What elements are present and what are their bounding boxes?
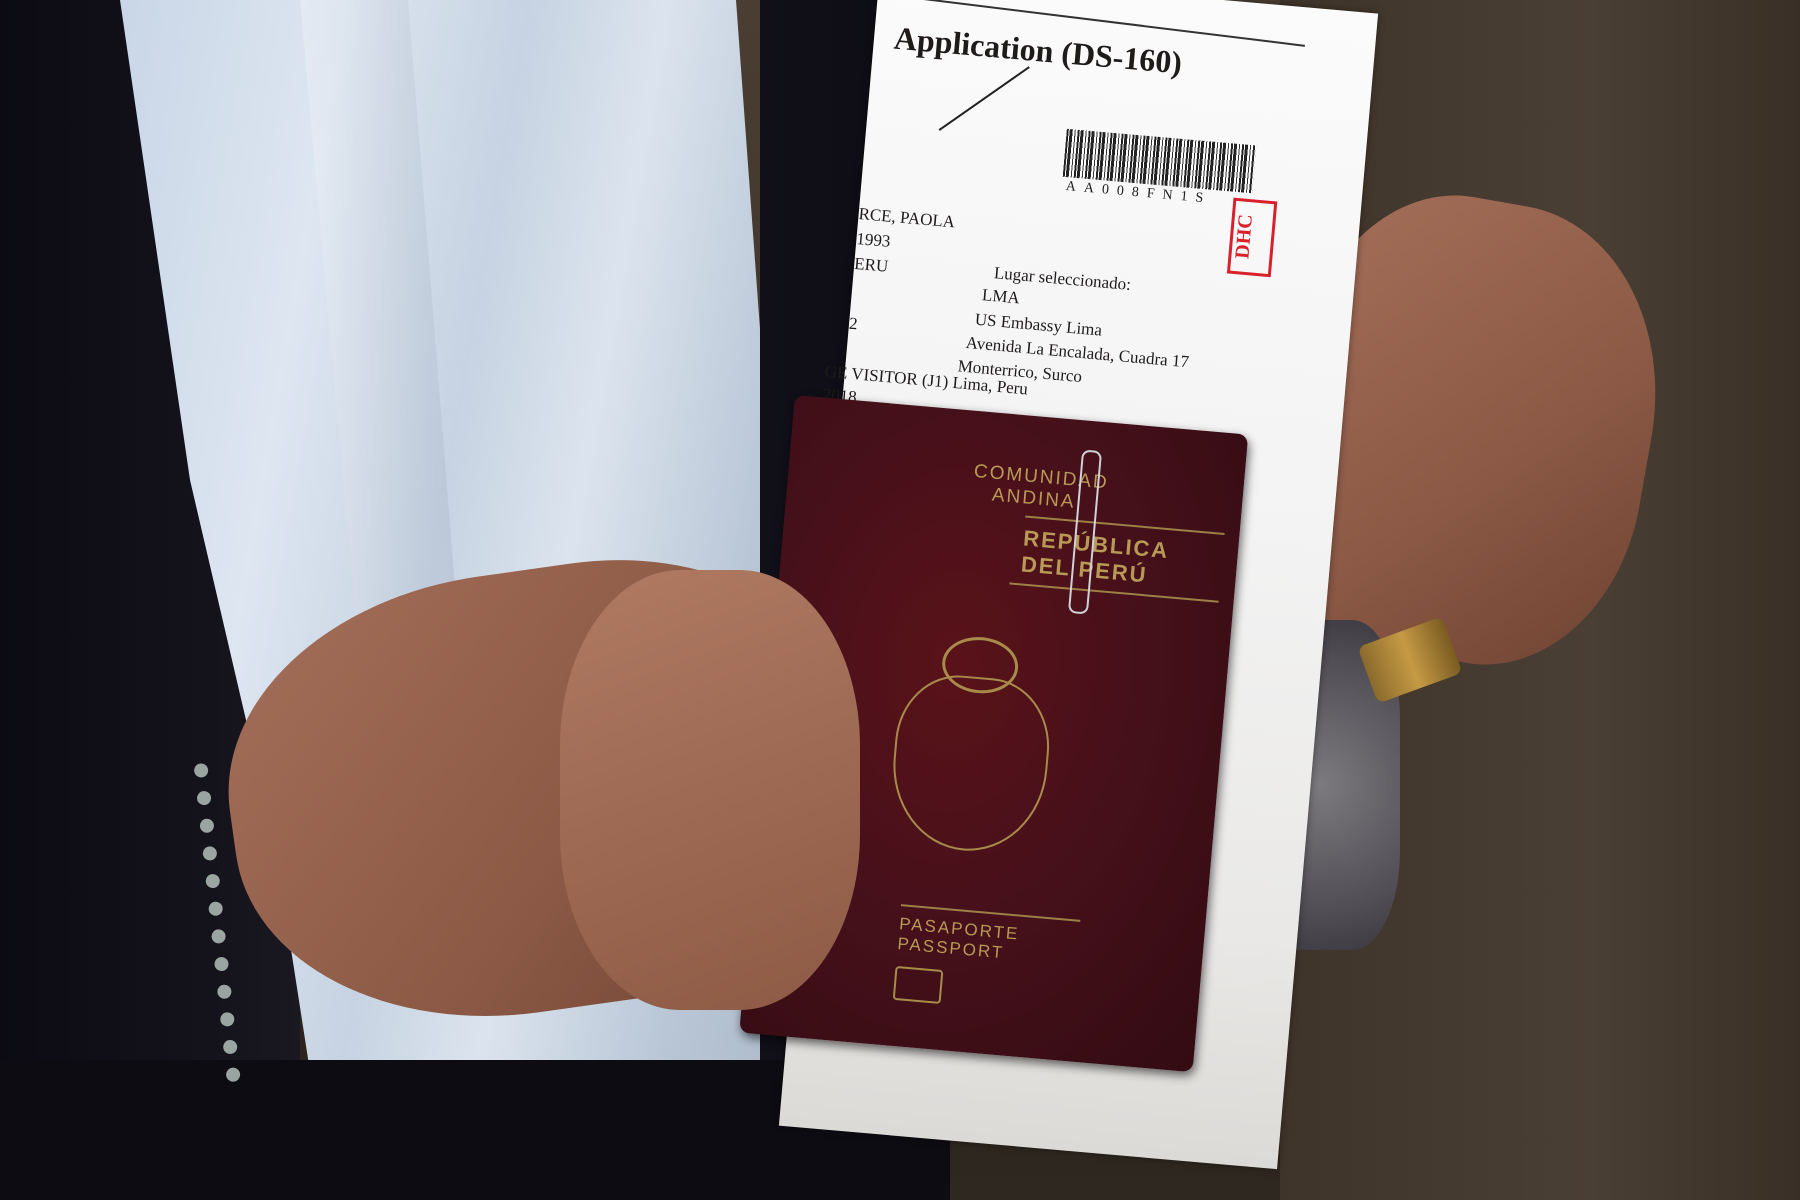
coat-of-arms-shield-icon	[886, 670, 1055, 857]
nationality: ERU	[853, 254, 889, 277]
pen-mark	[939, 66, 1030, 131]
left-hand-fingers	[560, 570, 860, 1010]
biometric-chip-icon	[893, 966, 944, 1004]
birth-year: 1993	[856, 229, 892, 252]
location-code: LMA	[981, 285, 1020, 308]
line-number: 2	[848, 314, 858, 335]
document-title: Application (DS-160)	[893, 20, 1184, 82]
red-stamp: DHC	[1227, 198, 1277, 278]
applicant-name: RCE, PAOLA	[858, 204, 956, 232]
